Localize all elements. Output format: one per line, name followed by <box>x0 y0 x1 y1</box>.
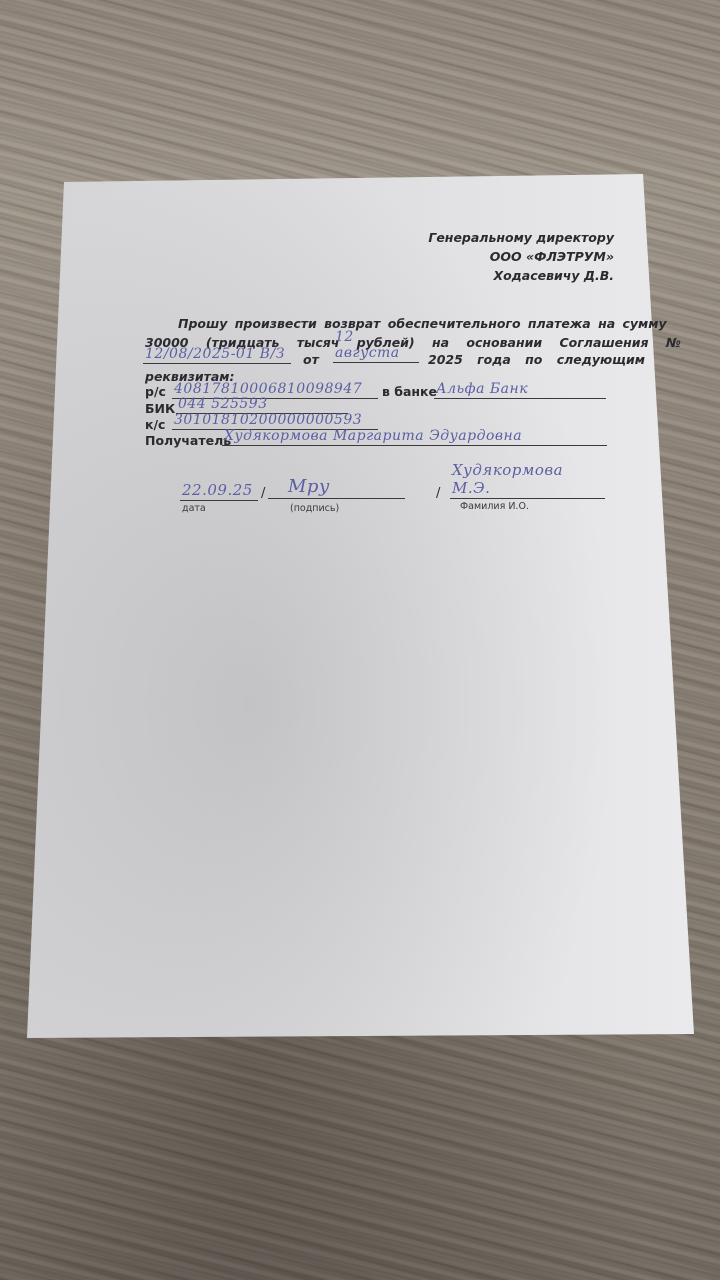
separator-1: / <box>261 486 265 501</box>
signature-caption: (подпись) <box>290 503 339 514</box>
addressee-block: Генеральному директору ООО «ФЛЭТРУМ» Ход… <box>428 228 614 285</box>
addressee-position: Генеральному директору <box>428 228 614 247</box>
from-label: от <box>303 352 319 367</box>
request-line-3-tail: 2025 года по следующим <box>428 352 645 367</box>
agreement-number-value: 12/08/2025-01 В/З <box>145 346 285 362</box>
request-line-1: Прошу произвести возврат обеспечительног… <box>178 316 667 331</box>
refund-request-document: Генеральному директору ООО «ФЛЭТРУМ» Ход… <box>0 0 720 1280</box>
addressee-company: ООО «ФЛЭТРУМ» <box>428 247 614 266</box>
corr-account-label: к/с <box>145 417 165 432</box>
signature-value: Мру <box>288 476 330 497</box>
recipient-label: Получатель <box>145 433 231 448</box>
agreement-number-field: 12/08/2025-01 В/З <box>143 345 291 364</box>
full-name-caption: Фамилия И.О. <box>460 501 529 512</box>
account-label: р/с <box>145 384 166 399</box>
agreement-date-field: 12 августа <box>333 344 419 363</box>
bik-value: 044 525593 <box>178 396 268 412</box>
bank-field: Альфа Банк <box>434 380 606 399</box>
bank-label: в банке <box>382 384 437 399</box>
addressee-name: Ходасевичу Д.В. <box>428 266 614 285</box>
agreement-date-value: 12 августа <box>335 329 419 361</box>
recipient-value: Худякормова Маргарита Эдуардовна <box>224 428 522 444</box>
bik-label: БИК <box>145 401 175 416</box>
corr-account-value: 30101810200000000593 <box>174 412 362 428</box>
recipient-field: Худякормова Маргарита Эдуардовна <box>222 427 607 446</box>
full-name-field: Худякормова М.Э. <box>450 480 605 499</box>
full-name-value: Худякормова М.Э. <box>452 461 605 497</box>
date-caption: дата <box>182 503 206 514</box>
bank-value: Альфа Банк <box>436 381 528 397</box>
date-field: 22.09.25 <box>180 482 258 501</box>
separator-2: / <box>436 486 440 501</box>
date-value: 22.09.25 <box>182 481 253 499</box>
signature-field: Мру <box>268 480 405 499</box>
